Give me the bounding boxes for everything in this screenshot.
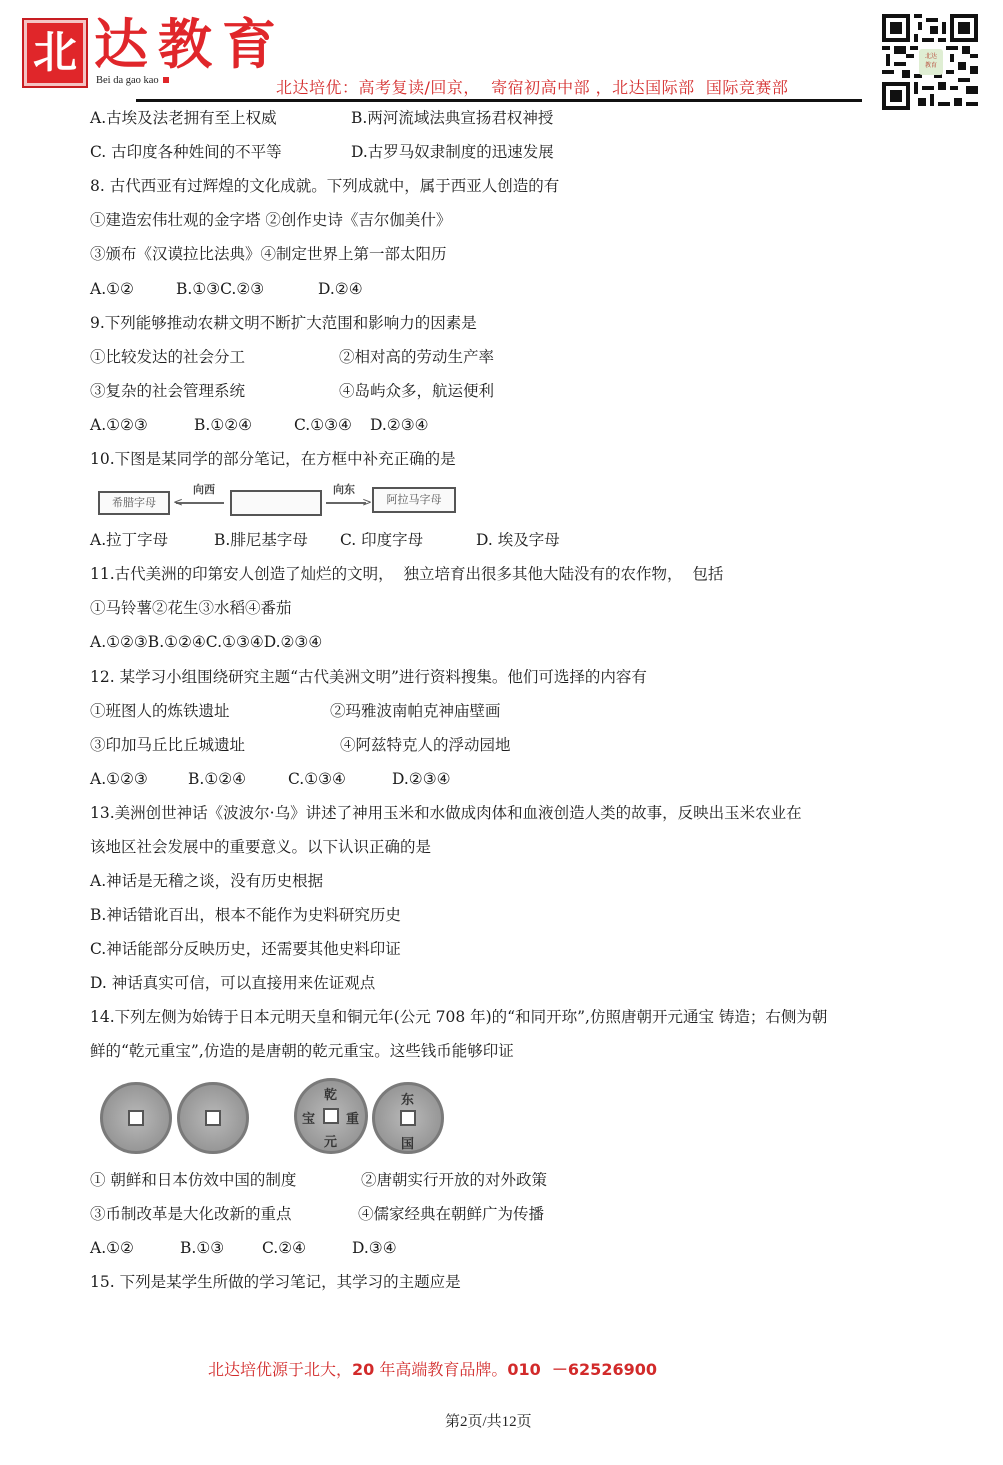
coin-qianyuan-front: 乾 重 元 宝: [294, 1078, 368, 1154]
q7-option-a: A.古埃及法老拥有至上权威: [90, 108, 277, 128]
q13-stem-line-2: 该地区社会发展中的重要意义。以下认识正确的是: [90, 837, 431, 857]
q10-option-d: D. 埃及字母: [476, 530, 560, 550]
q12-option-c: C.①③④: [288, 769, 346, 789]
q14-option-a: A.①②: [90, 1238, 134, 1258]
coin-glyph: 乾: [324, 1084, 337, 1103]
q12-item-1: ①班图人的炼铁遗址: [90, 701, 230, 721]
q13-stem-line-1: 13.美洲创世神话《波波尔·乌》讲述了神用玉米和水做成肉体和血液创造人类的故事，…: [90, 803, 802, 823]
q9-option-c: C.①③④: [294, 415, 352, 435]
footer-slogan: 北达培优源于北大，20 年高端教育品牌。010 －62526900: [208, 1357, 657, 1380]
q12-option-a: A.①②③: [90, 769, 148, 789]
arrow-label-west: 向西: [193, 481, 215, 497]
q7-option-c: C. 古印度各种姓间的不平等: [90, 142, 282, 162]
q12-stem: 12. 某学习小组围绕研究主题“古代美洲文明”进行资料搜集。他们可选择的内容有: [90, 667, 647, 687]
q14-item-3: ③币制改革是大化改新的重点: [90, 1204, 292, 1224]
q9-item-2: ②相对高的劳动生产率: [339, 347, 494, 367]
q14-stem-line-2: 鲜的“乾元重宝”,仿造的是唐朝的乾元重宝。这些钱币能够印证: [90, 1041, 514, 1061]
q13-option-a: A.神话是无稽之谈，没有历史根据: [90, 871, 323, 891]
q9-item-1: ①比较发达的社会分工: [90, 347, 245, 367]
header-slogan: 北达培优：高考复读/回京， 寄宿初高中部 ，北达国际部 国际竞赛部: [276, 75, 788, 98]
coin-glyph: 宝: [302, 1108, 315, 1127]
red-square-icon: [163, 77, 169, 83]
q14-option-d: D.③④: [352, 1238, 397, 1258]
q10-option-a: A.拉丁字母: [90, 530, 168, 550]
q14-item-2: ②唐朝实行开放的对外政策: [361, 1170, 547, 1190]
arrow-head-right-icon: >: [362, 495, 372, 509]
qr-badge-line: 教育: [919, 61, 943, 70]
brand-logo-mark: 北: [22, 18, 88, 88]
arrow-left-icon: [176, 502, 224, 504]
q12-option-d: D.②③④: [392, 769, 451, 789]
q12-option-b: B.①②④: [188, 769, 246, 789]
q15-stem: 15. 下列是某学生所做的学习笔记，其学习的主题应是: [90, 1272, 461, 1292]
brand-logo-text: 达教育: [94, 12, 286, 76]
q9-item-4: ④岛屿众多，航运便利: [339, 381, 494, 401]
q14-option-b: B.①③: [180, 1238, 224, 1258]
q14-stem-line-1: 14.下列左侧为始铸于日本元明天皇和铜元年(公元 708 年)的“和同开珎”,仿…: [90, 1007, 827, 1027]
q14-option-c: C.②④: [262, 1238, 306, 1258]
q10-option-b: B.腓尼基字母: [214, 530, 308, 550]
q11-items: ①马铃薯②花生③水稻④番茄: [90, 598, 292, 618]
qr-code-icon: 北达 教育: [882, 13, 978, 111]
brand-subtitle-text: Bei da gao kao: [96, 75, 159, 86]
q8-option-bc: B.①③C.②③: [176, 279, 264, 299]
q9-option-b: B.①②④: [194, 415, 252, 435]
arrow-right-icon: [326, 502, 366, 504]
q12-item-4: ④阿兹特克人的浮动园地: [340, 735, 511, 755]
arrow-head-left-icon: <: [173, 495, 183, 509]
coin-wadokaichin-back: [177, 1082, 249, 1154]
coin-glyph: 东: [401, 1089, 414, 1108]
coin-glyph: 国: [401, 1133, 414, 1152]
arrow-label-east: 向东: [333, 481, 355, 497]
footer-phone: 010 －62526900: [507, 1360, 657, 1379]
footer-slogan-part: 年高端教育品牌。: [374, 1360, 507, 1379]
q8-option-a: A.①②: [90, 279, 134, 299]
q10-option-c: C. 印度字母: [340, 530, 423, 550]
q9-option-a: A.①②③: [90, 415, 148, 435]
coin-glyph: 重: [346, 1108, 359, 1127]
q12-item-2: ②玛雅波南帕克神庙壁画: [330, 701, 501, 721]
coin-qianyuan-back: 东 国: [372, 1082, 444, 1154]
q13-option-b: B.神话错讹百出，根本不能作为史料研究历史: [90, 905, 401, 925]
q14-item-1: ① 朝鲜和日本仿效中国的制度: [90, 1170, 296, 1190]
footer-slogan-years: 20: [352, 1360, 374, 1379]
q10-stem: 10.下图是某同学的部分笔记，在方框中补充正确的是: [90, 449, 456, 469]
coin-hole: [128, 1110, 144, 1126]
coin-hole: [323, 1108, 339, 1124]
coin-glyph: 元: [324, 1131, 337, 1150]
q14-item-4: ④儒家经典在朝鲜广为传播: [358, 1204, 544, 1224]
header-divider: [136, 99, 862, 102]
q13-option-d: D. 神话真实可信，可以直接用来佐证观点: [90, 973, 375, 993]
diagram-box-aramaic: 阿拉马字母: [372, 487, 456, 513]
q9-item-3: ③复杂的社会管理系统: [90, 381, 245, 401]
diagram-box-greek: 希腊字母: [98, 491, 170, 515]
q12-item-3: ③印加马丘比丘城遗址: [90, 735, 245, 755]
brand-logo-subtitle: Bei da gao kao: [96, 75, 169, 86]
q11-stem: 11.古代美洲的印第安人创造了灿烂的文明， 独立培育出很多其他大陆没有的农作物，…: [90, 564, 723, 584]
q13-option-c: C.神话能部分反映历史，还需要其他史料印证: [90, 939, 401, 959]
q11-options: A.①②③B.①②④C.①③④D.②③④: [90, 632, 322, 652]
qr-badge-line: 北达: [919, 52, 943, 61]
q8-option-d: D.②④: [318, 279, 363, 299]
q7-option-d: D.古罗马奴隶制度的迅速发展: [351, 142, 554, 162]
footer-slogan-part: 北达培优源于北大，: [208, 1360, 352, 1379]
q8-item-line: ③颁布《汉谟拉比法典》④制定世界上第一部太阳历: [90, 244, 447, 264]
diagram-blank-box: [230, 490, 322, 516]
page-number: 第2页/共12页: [445, 1410, 532, 1431]
q8-stem: 8. 古代西亚有过辉煌的文化成就。下列成就中，属于西亚人创造的有: [90, 176, 559, 196]
coin-wadokaichin-front: [100, 1082, 172, 1154]
q9-stem: 9.下列能够推动农耕文明不断扩大范围和影响力的因素是: [90, 313, 477, 333]
q9-option-d: D.②③④: [370, 415, 429, 435]
coin-hole: [205, 1110, 221, 1126]
qr-center-badge: 北达 教育: [919, 49, 943, 75]
coin-hole: [400, 1110, 416, 1126]
q8-item-line: ①建造宏伟壮观的金字塔 ②创作史诗《吉尔伽美什》: [90, 210, 451, 230]
q7-option-b: B.两河流域法典宣扬君权神授: [351, 108, 553, 128]
